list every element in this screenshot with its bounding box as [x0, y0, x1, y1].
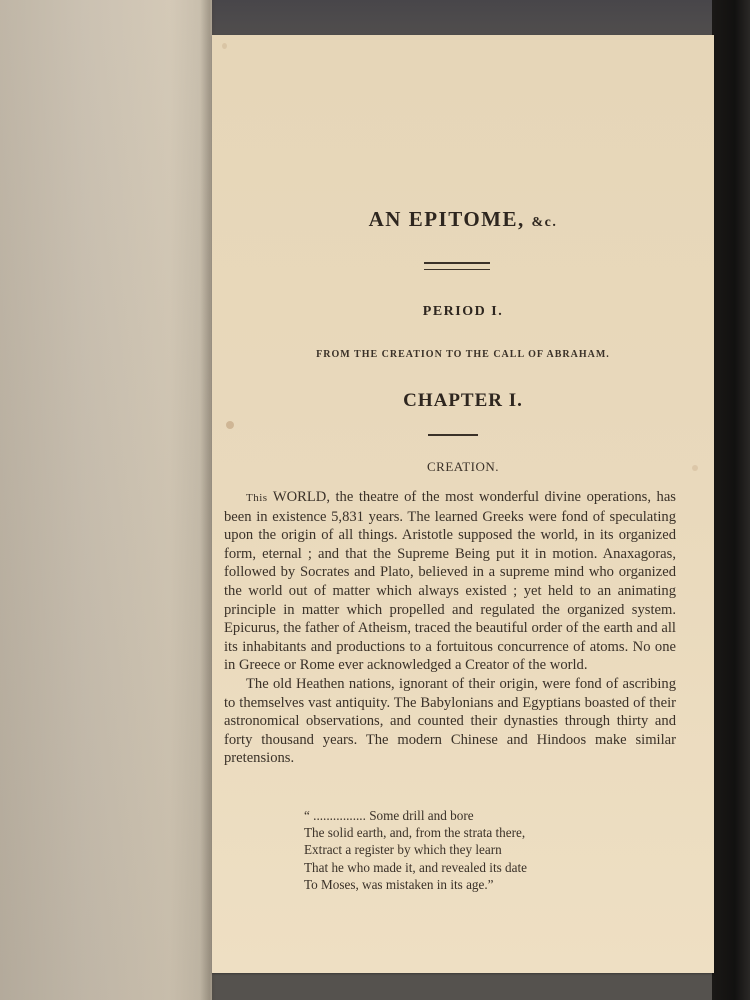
poem-line: To Moses, was mistaken in its age.”: [304, 876, 584, 893]
paragraph: This WORLD, the theatre of the most wond…: [224, 488, 676, 675]
rule-divider: [428, 434, 478, 436]
period-heading: PERIOD I.: [212, 304, 714, 320]
left-page: [0, 0, 212, 1000]
poem-line: “ ................ Some drill and bore: [304, 807, 584, 824]
body-text: This WORLD, the theatre of the most wond…: [224, 488, 676, 768]
period-subtitle: FROM THE CREATION TO THE CALL OF ABRAHAM…: [212, 349, 714, 360]
chapter-heading: CHAPTER I.: [212, 390, 714, 412]
double-rule-divider: [424, 262, 490, 270]
poem-line: Extract a register by which they learn: [304, 841, 584, 858]
right-page: AN EPITOME, &c. PERIOD I. FROM THE CREAT…: [212, 35, 714, 973]
title-main: AN EPITOME,: [369, 207, 525, 231]
poem-quote: “ ................ Some drill and bore T…: [304, 807, 584, 893]
paragraph: The old Heathen nations, ignorant of the…: [224, 675, 676, 768]
poem-line: The solid earth, and, from the strata th…: [304, 824, 584, 841]
foxing-spot: [226, 421, 234, 429]
page-title: AN EPITOME, &c.: [212, 207, 714, 232]
section-heading: CREATION.: [212, 459, 714, 475]
poem-line: That he who made it, and revealed its da…: [304, 859, 584, 876]
background-right-edge: [712, 0, 750, 1000]
foxing-spot: [222, 43, 227, 49]
background-bottom: [200, 970, 750, 1000]
title-suffix: &c.: [532, 215, 558, 230]
drop-lead: This: [246, 492, 268, 504]
